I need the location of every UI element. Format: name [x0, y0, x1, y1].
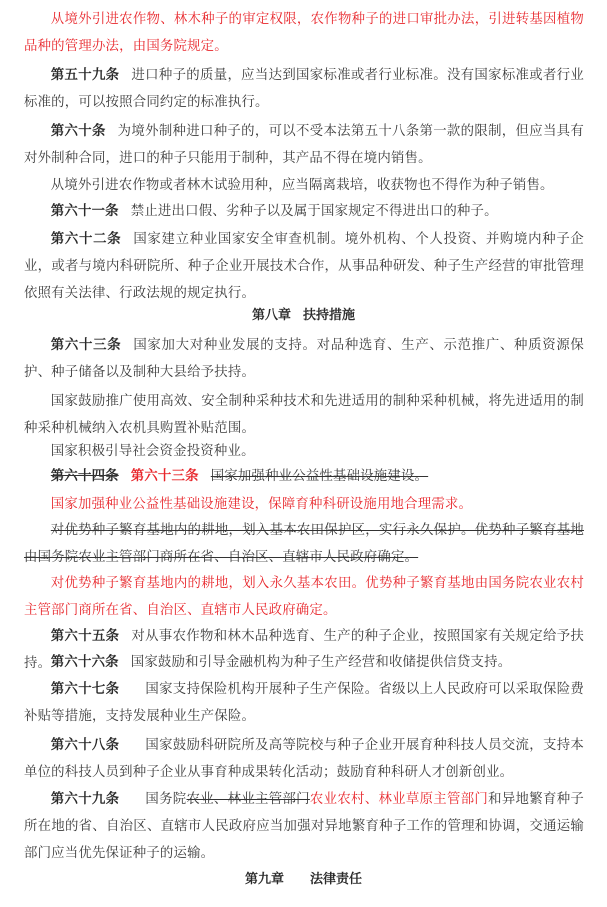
document-page: 从境外引进农作物、林木种子的审定权限，农作物种子的进口审批办法，引进转基因植物品… [0, 0, 607, 907]
article-62: 第六十二条国家建立种业国家安全审查机制。境外机构、个人投资、并购境内种子企业，或… [24, 226, 584, 307]
article-text-deleted: 国家加强种业公益性基础设施建设。 [211, 469, 428, 484]
article-64-deleted-paragraph-2: 对优势种子繁育基地内的耕地，划入基本农田保护区，实行永久保护。优势种子繁育基地由… [24, 517, 584, 571]
article-label: 第六十三条 [51, 337, 122, 353]
chapter-title: 扶持措施 [303, 308, 355, 323]
article-label: 第六十二条 [51, 231, 122, 247]
article-68: 第六十八条国家鼓励科研院所及高等院校与种子企业开展育种科技人员交流，支持本单位的… [24, 732, 584, 786]
paragraph-text: 对优势种子繁育基地内的耕地，划入永久基本农田。优势种子繁育基地由国务院农业农村主… [24, 576, 584, 618]
article-67: 第六十七条国家支持保险机构开展种子生产保险。省级以上人民政府可以采取保险费补贴等… [24, 676, 584, 730]
article-label: 第六十一条 [51, 203, 119, 219]
article-text-pre: 国务院 [145, 792, 186, 807]
article-label: 第六十六条 [51, 654, 119, 670]
article-66: 第六十六条国家鼓励和引导金融机构为种子生产经营和收储提供信贷支持。 [24, 649, 584, 676]
article-label: 第六十五条 [51, 628, 120, 644]
article-label-deleted: 第六十四条 [51, 468, 119, 484]
chapter-title: 法律责任 [310, 872, 362, 887]
article-text-inserted: 农业农村、林业草原主管部门 [310, 792, 488, 807]
chapter-8-heading: 第八章扶持措施 [0, 302, 607, 329]
article-label: 第六十八条 [51, 737, 120, 753]
article-text: 国家鼓励和引导金融机构为种子生产经营和收储提供信贷支持。 [131, 655, 512, 670]
article-60: 第六十条为境外制种进口种子的，可以不受本法第五十八条第一款的限制，但应当具有对外… [24, 118, 584, 172]
paragraph-text: 国家鼓励推广使用高效、安全制种采种技术和先进适用的制种采种机械，将先进适用的制种… [24, 394, 584, 436]
article-63-paragraph-2: 国家鼓励推广使用高效、安全制种采种技术和先进适用的制种采种机械，将先进适用的制种… [24, 388, 584, 442]
paragraph-text: 国家加强种业公益性基础设施建设，保障育种科研设施用地合理需求。 [51, 497, 472, 512]
article-label: 第六十九条 [51, 791, 120, 807]
chapter-number: 第九章 [245, 872, 284, 887]
paragraph-text: 从境外引进农作物、林木种子的审定权限，农作物种子的进口审批办法，引进转基因植物品… [24, 12, 584, 54]
article-59: 第五十九条进口种子的质量，应当达到国家标准或者行业标准。没有国家标准或者行业标准… [24, 62, 584, 116]
article-text: 为境外制种进口种子的，可以不受本法第五十八条第一款的限制，但应当具有对外制种合同… [24, 124, 584, 166]
article-64: 第六十四条第六十三条国家加强种业公益性基础设施建设。 [24, 463, 584, 490]
article-label: 第六十七条 [51, 681, 120, 697]
article-label: 第五十九条 [51, 67, 120, 83]
paragraph-import-authority: 从境外引进农作物、林木种子的审定权限，农作物种子的进口审批办法，引进转基因植物品… [24, 6, 584, 60]
article-61: 第六十一条禁止进出口假、劣种子以及属于国家规定不得进出口的种子。 [24, 198, 584, 225]
article-64-inserted-paragraph-1: 国家加强种业公益性基础设施建设，保障育种科研设施用地合理需求。 [24, 491, 584, 518]
article-label: 第六十条 [51, 123, 106, 139]
article-text-deleted: 农业、林业主管部门 [187, 792, 310, 807]
article-63: 第六十三条国家加大对种业发展的支持。对品种选育、生产、示范推广、种质资源保护、种… [24, 332, 584, 386]
article-60-paragraph-2: 从境外引进农作物或者林木试验用种，应当隔离栽培，收获物也不得作为种子销售。 [24, 172, 584, 199]
article-text: 禁止进出口假、劣种子以及属于国家规定不得进出口的种子。 [131, 204, 498, 219]
article-label-inserted: 第六十三条 [131, 468, 199, 484]
article-64-inserted-paragraph-2: 对优势种子繁育基地内的耕地，划入永久基本农田。优势种子繁育基地由国务院农业农村主… [24, 570, 584, 624]
article-63-paragraph-3: 国家积极引导社会资金投资种业。 [24, 438, 584, 465]
chapter-number: 第八章 [252, 308, 291, 323]
paragraph-text: 从境外引进农作物或者林木试验用种，应当隔离栽培，收获物也不得作为种子销售。 [51, 178, 554, 193]
paragraph-text: 国家积极引导社会资金投资种业。 [51, 444, 255, 459]
chapter-9-heading: 第九章法律责任 [0, 866, 607, 893]
article-69: 第六十九条国务院农业、林业主管部门农业农村、林业草原主管部门和异地繁育种子所在地… [24, 786, 584, 867]
paragraph-text: 对优势种子繁育基地内的耕地，划入基本农田保护区，实行永久保护。优势种子繁育基地由… [24, 523, 584, 565]
